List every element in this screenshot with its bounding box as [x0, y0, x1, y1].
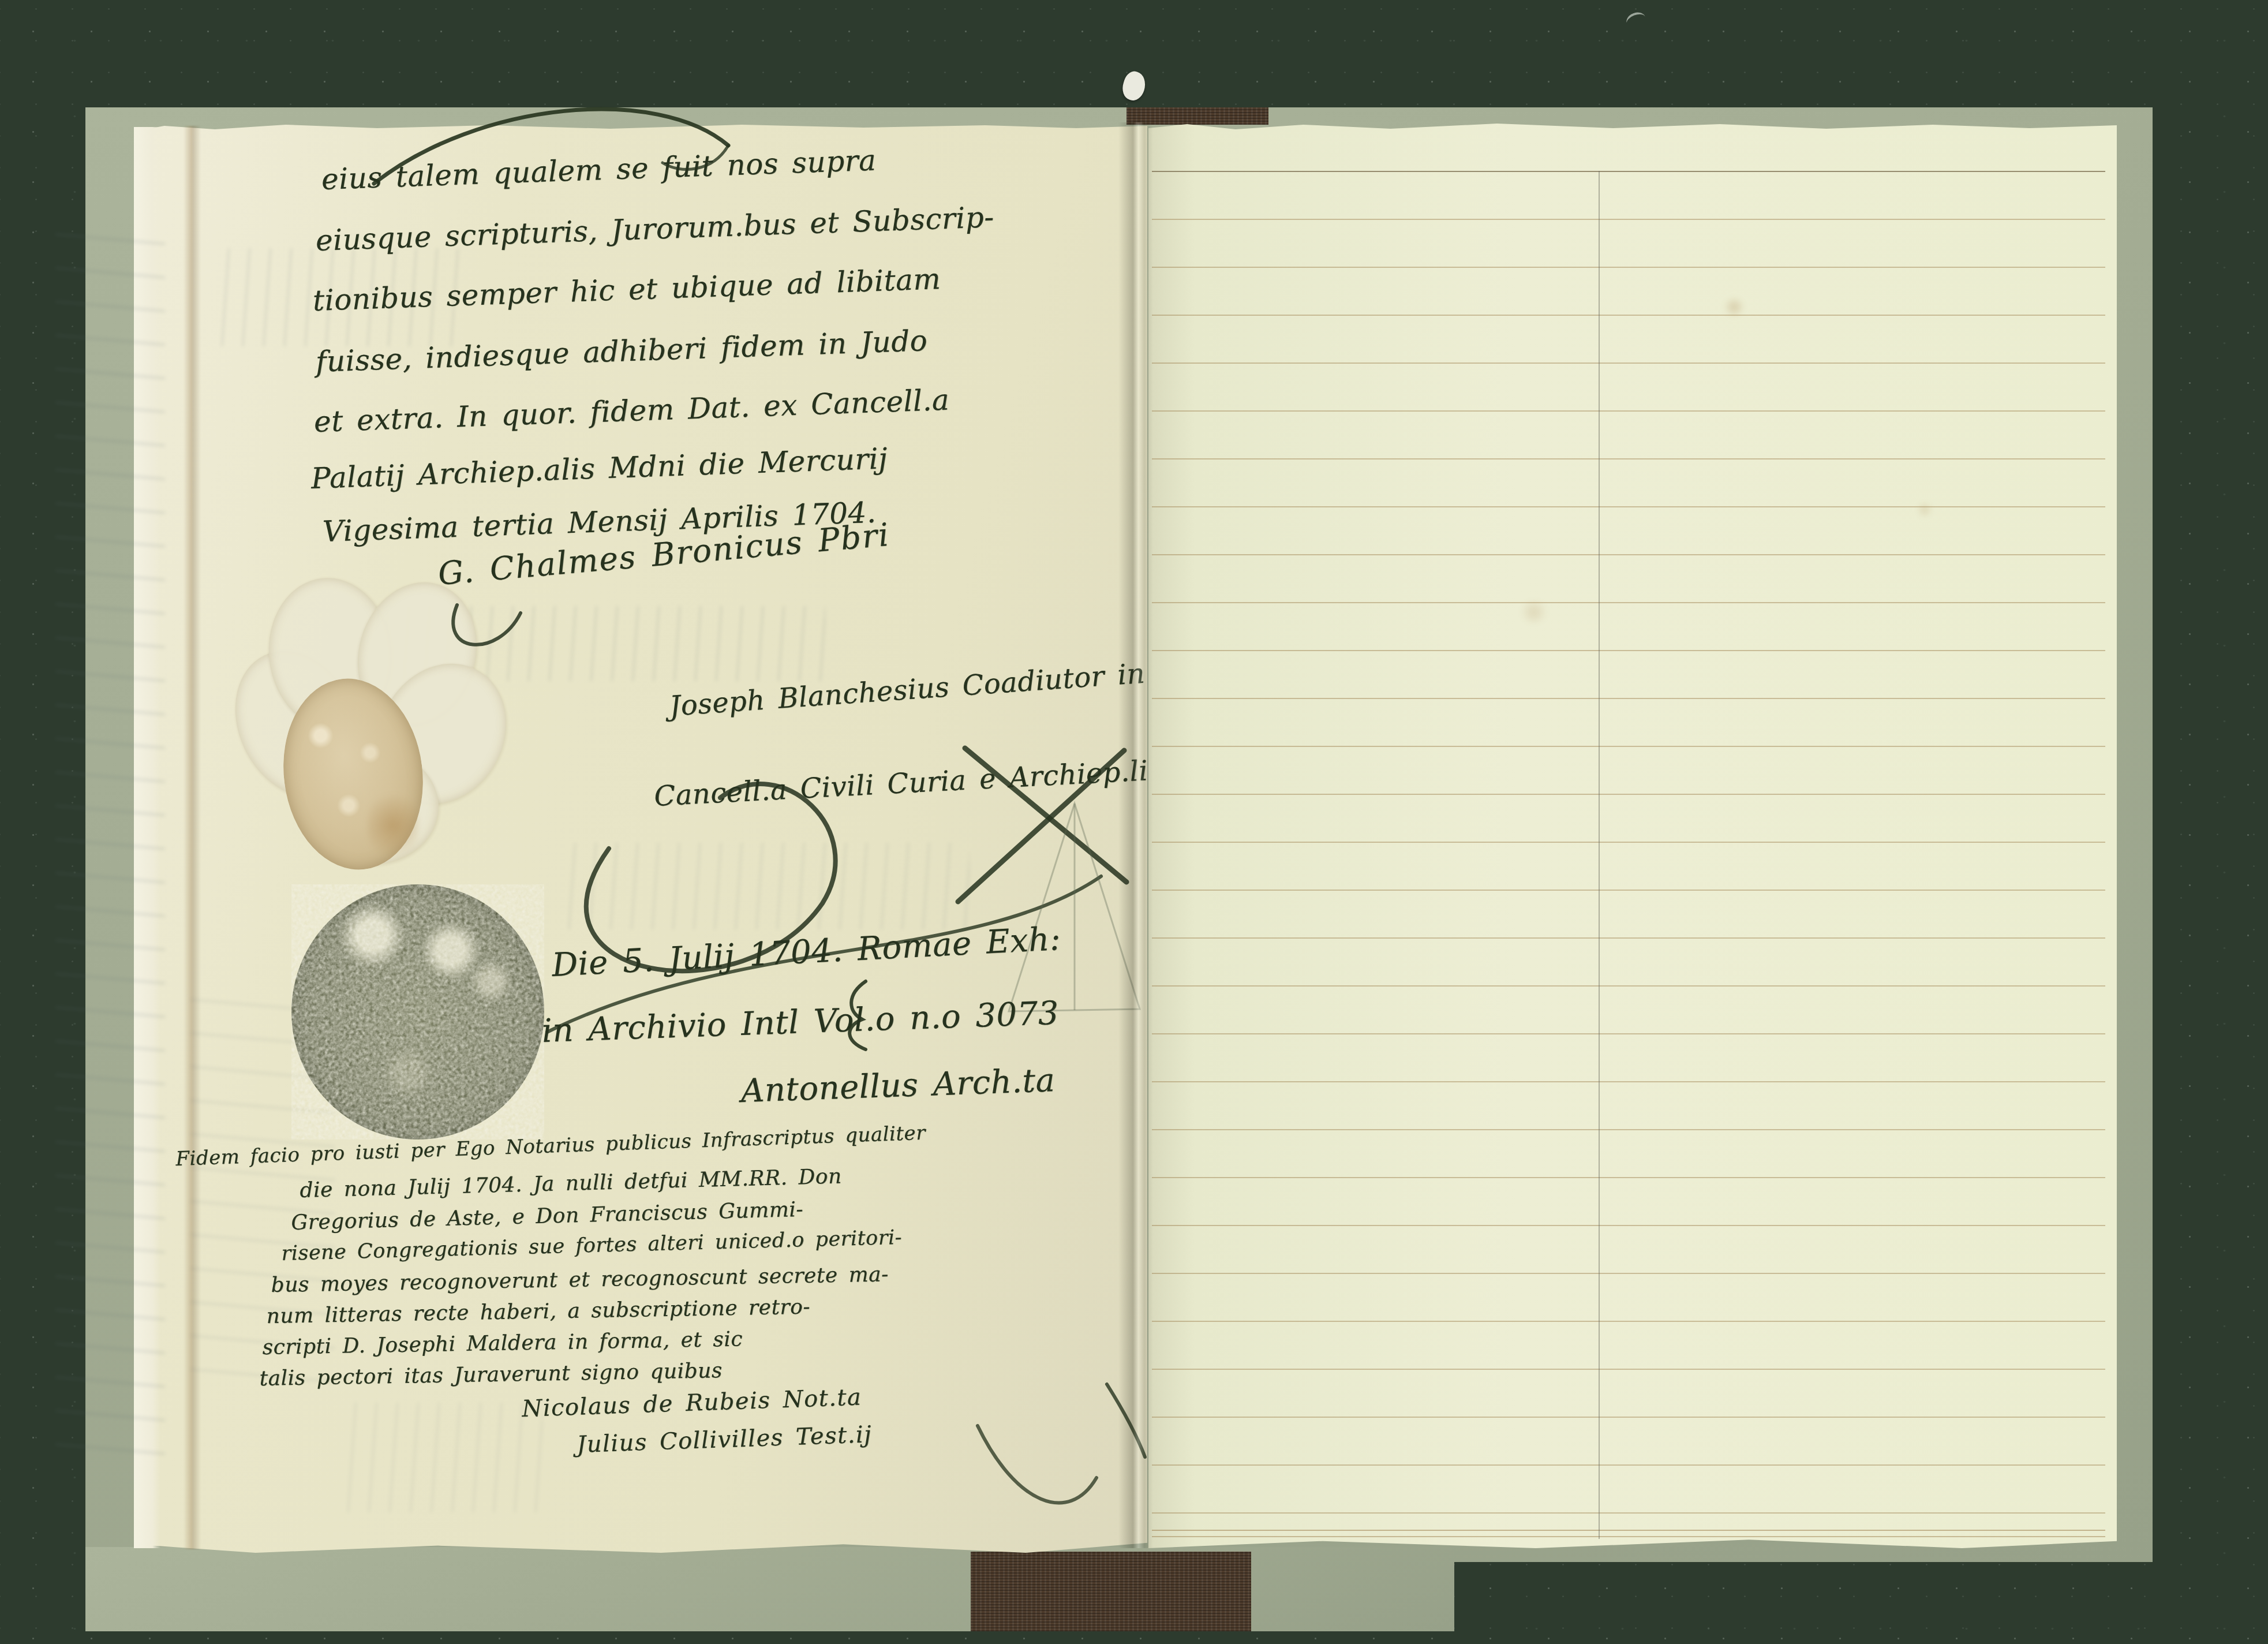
- spine-cloth-bottom: [971, 1552, 1251, 1631]
- lint-mark: [1625, 10, 1648, 31]
- manuscript-photo: eius talem qualem se fuit nos supra eius…: [0, 0, 2268, 1644]
- ruled-top-line: [1152, 171, 2105, 172]
- ruled-vertical-line: [1599, 171, 1600, 1539]
- embossed-paper-seal: [235, 580, 507, 872]
- gutter-shadow: [1118, 122, 1153, 1548]
- fox-stain: [1518, 600, 1550, 623]
- paper-scrap: [1119, 69, 1149, 103]
- bleedthrough-ghost: [346, 1403, 542, 1512]
- stamp-grain: [291, 884, 544, 1139]
- seal-smudge: [367, 788, 419, 863]
- ruled-bottom-line-b: [1152, 1536, 2105, 1537]
- ruled-bottom-line-a: [1152, 1530, 2105, 1531]
- bleedthrough-ghost: [566, 843, 970, 929]
- bleedthrough-ghost: [55, 219, 165, 1460]
- ruled-lines: [1152, 124, 2105, 1536]
- round-ink-stamp: [291, 884, 544, 1139]
- fox-stain: [1723, 297, 1746, 317]
- fox-stain: [1916, 502, 1933, 517]
